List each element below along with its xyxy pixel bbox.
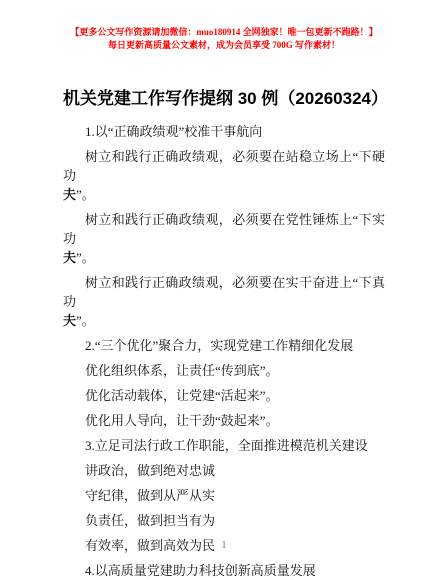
paragraph: 优化用人导向，让干劲“鼓起来”。 <box>63 411 385 430</box>
paragraph: 2.“三个优化”聚合力，实现党建工作精细化发展 <box>63 336 385 355</box>
paragraph: 3.立足司法行政工作职能，全面推进模范机关建设 <box>63 436 385 455</box>
document-page: 【更多公文写作资源请加微信：muo180914 全网独家！唯一包更新不跑路！】 … <box>0 0 448 580</box>
paragraph: 优化活动载体，让党建“活起来”。 <box>63 386 385 405</box>
promo-line-2: 每日更新高质量公文素材，成为会员享受 700G 写作素材！ <box>63 39 385 52</box>
document-title: 机关党建工作写作提纲 30 例（20260324） <box>63 88 385 109</box>
document-body: 1.以“正确政绩观”校准干事航向树立和践行正确政绩观，必须要在站稳立场上“下硬功… <box>63 122 385 580</box>
paragraph: 讲政治，做到绝对忠诚 <box>63 461 385 480</box>
paragraph: 树立和践行正确政绩观，必须要在党性锤炼上“下实功夫”。 <box>63 210 385 267</box>
paragraph: 负责任，做到担当有为 <box>63 511 385 530</box>
paragraph: 优化组织体系，让责任“传到底”。 <box>63 361 385 380</box>
promo-line-1: 【更多公文写作资源请加微信：muo180914 全网独家！唯一包更新不跑路！】 <box>63 26 385 39</box>
page-number: 1 <box>0 539 448 551</box>
paragraph: 1.以“正确政绩观”校准干事航向 <box>63 122 385 141</box>
promo-banner: 【更多公文写作资源请加微信：muo180914 全网独家！唯一包更新不跑路！】 … <box>63 26 385 52</box>
paragraph: 守纪律，做到从严从实 <box>63 486 385 505</box>
paragraph: 树立和践行正确政绩观，必须要在站稳立场上“下硬功夫”。 <box>63 147 385 204</box>
paragraph: 树立和践行正确政绩观，必须要在实干奋进上“下真功夫”。 <box>63 273 385 330</box>
paragraph: 4.以高质量党建助力科技创新高质量发展 <box>63 561 385 580</box>
